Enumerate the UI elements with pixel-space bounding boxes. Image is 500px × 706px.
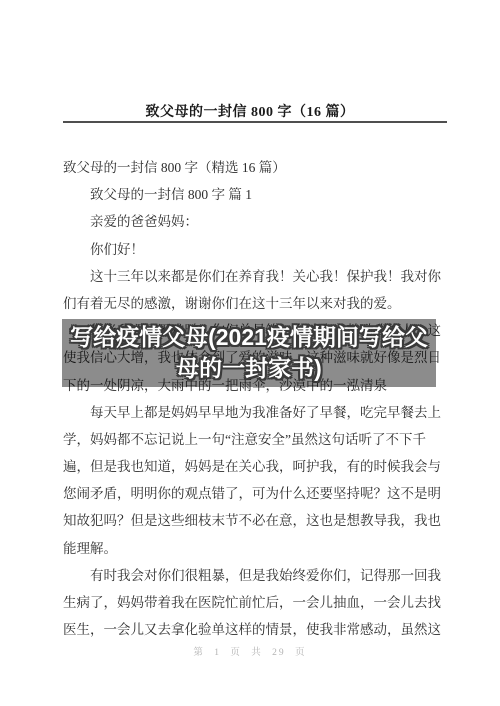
- body-line: 遍，但是我也知道，妈妈是在关心我，呵护我，有的时候我会与: [63, 453, 447, 480]
- body-line: 亲爱的爸爸妈妈：: [63, 208, 447, 235]
- page-number-indicator: 第 1 页 共 29 页: [0, 644, 500, 658]
- seo-banner-overlay: 写给疫情父母(2021疫情期间写给父 母的一封家书): [62, 319, 436, 387]
- body-line: 您闹矛盾，明明你的观点错了，可为什么还要坚持呢？这不是明: [63, 480, 447, 507]
- body-line: 生病了，妈妈带着我在医院忙前忙后，一会儿抽血，一会儿去找: [63, 589, 447, 616]
- body-line: 致父母的一封信 800 字（精选 16 篇）: [63, 154, 447, 181]
- body-line: 你们好！: [63, 236, 447, 263]
- seo-banner-title-line-1: 写给疫情父母(2021疫情期间写给父: [70, 322, 428, 353]
- document-body: 致父母的一封信 800 字（精选 16 篇）致父母的一封信 800 字 篇 1亲…: [63, 154, 447, 643]
- body-line: 有时我会对你们很粗暴，但是我始终爱你们，记得那一回我: [63, 562, 447, 589]
- title-divider: [63, 121, 447, 123]
- document-page: 致父母的一封信 800 字（16 篇） 致父母的一封信 800 字（精选 16 …: [0, 0, 500, 706]
- body-line: 这十三年以来都是你们在养育我！关心我！保护我！我对你: [63, 263, 447, 290]
- body-line: 医生，一会儿又去拿化验单这样的情景，使我非常感动，虽然这: [63, 616, 447, 643]
- body-line: 知故犯吗？但是这些细枝末节不必在意，这也是想教导我，我也: [63, 507, 447, 534]
- body-line: 们有着无尽的感激，谢谢你们在这十三年以来对我的爱。: [63, 290, 447, 317]
- body-line: 致父母的一封信 800 字 篇 1: [63, 181, 447, 208]
- body-line: 学，妈妈都不忘记说上一句“注意安全”虽然这句话听了不下千: [63, 426, 447, 453]
- seo-banner-title-line-2: 母的一封家书): [176, 353, 322, 384]
- body-line: 能理解。: [63, 535, 447, 562]
- document-title: 致父母的一封信 800 字（16 篇）: [0, 101, 500, 121]
- body-line: 每天早上都是妈妈早早地为我准备好了早餐，吃完早餐去上: [63, 399, 447, 426]
